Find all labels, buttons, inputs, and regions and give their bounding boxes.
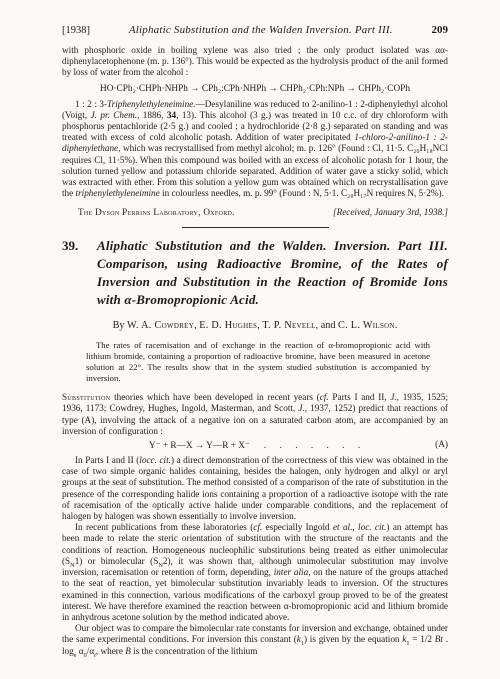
running-head: [1938] Aliphatic Substitution and the Wa… (62, 24, 448, 36)
journal-page: [1938] Aliphatic Substitution and the Wa… (0, 0, 500, 679)
text-segment: , 1886, (137, 110, 167, 120)
article-title: Aliphatic Substitution and the Walden. I… (97, 237, 448, 309)
text-segment: . (395, 320, 398, 331)
laboratory-name: The Dyson Perrins Laboratory, Oxford. (78, 207, 235, 217)
paragraph-recent-publications: In recent publications from these labora… (62, 522, 448, 623)
text-segment-italic: inter alia, (274, 567, 311, 577)
text-segment-italic: cf. (320, 392, 329, 402)
text-segment: Parts I and II, (329, 392, 391, 402)
author-name: T. P. Nevell (262, 320, 315, 331)
equation-A-body: Y⁻ + R—X → Y—R + X⁻ (149, 441, 250, 451)
text-segment: theories which have been developed in re… (110, 392, 319, 402)
variable-symbol: Bt (435, 634, 443, 644)
paragraph-our-object: Our object was to compare the bimolecula… (62, 623, 448, 657)
lead-word-smallcaps: Substitution (62, 392, 110, 402)
article-heading: 39. Aliphatic Substitution and the Walde… (62, 237, 448, 309)
text-segment-italic: cf. (253, 522, 262, 532)
journal-abbreviation: J., (298, 403, 307, 413)
text-segment: in colourless needles, m. p. 99° (Found … (160, 188, 444, 198)
byline: By W. A. Cowdrey, E. D. Hughes, T. P. Ne… (62, 320, 448, 331)
text-segment: especially Ingold (262, 522, 333, 532)
abstract-text: The rates of racemisation and of exchang… (86, 340, 430, 382)
journal-abbreviation: J. pr. Chem. (91, 110, 137, 120)
author-name: W. A. Cowdrey (127, 320, 194, 331)
paragraph-triphenylethyleneimine-preparation: 1 : 2 : 3-Triphenylethyleneimine.—Desyla… (62, 99, 448, 200)
article-number: 39. (62, 237, 97, 309)
author-name: C. L. Wilson (338, 320, 395, 331)
compound-name-italic: triphenylethyleneimine (76, 188, 160, 198)
paragraph-substitution-theories: Substitution theories which have been de… (62, 392, 448, 437)
text-segment: is the concentration of the lithium (131, 646, 258, 656)
text-segment: 1 : 2 : 3- (75, 99, 107, 109)
abstract: The rates of racemisation and of exchang… (86, 340, 430, 383)
compound-name-italic: Triphenylethyleneimine. (107, 99, 196, 109)
article-divider-rule (182, 227, 329, 228)
text-segment: with phosphoric oxide in boiling xylene … (62, 45, 448, 77)
author-name: E. D. Hughes (199, 320, 257, 331)
journal-abbreviation: J., (390, 392, 399, 402)
paragraph-parts-one-two: In Parts I and II (locc. cit.) a direct … (62, 455, 448, 522)
text-segment: In recent publications from these labora… (75, 522, 253, 532)
equation-leader-dots: . . . . . . . (264, 441, 361, 451)
running-head-year: [1938] (62, 25, 90, 36)
text-segment: , where (96, 646, 125, 656)
equation-A-label: (A) (435, 440, 448, 450)
text-segment-italic: et al., loc. cit. (333, 522, 386, 532)
running-head-title: Aliphatic Substitution and the Walden In… (90, 24, 432, 36)
equation-A-row: Y⁻ + R—X → Y—R + X⁻. . . . . . . (A) (62, 440, 448, 451)
text-segment: In Parts I and II ( (75, 455, 139, 465)
signature-row: The Dyson Perrins Laboratory, Oxford. [R… (62, 207, 448, 217)
volume-number: 34 (167, 110, 176, 120)
paragraph-prev-article-continuation: with phosphoric oxide in boiling xylene … (62, 45, 448, 79)
text-segment: , and (316, 320, 338, 331)
text-segment: = 1/2 (410, 634, 435, 644)
chemical-equation-anil: HO·CPh₂·CHPh·NHPh → CPh₂:CPh·NHPh → CHPh… (62, 84, 448, 94)
text-segment: 1) or bimolecular (S (75, 556, 159, 566)
running-head-page-number: 209 (432, 24, 449, 36)
text-segment-italic: locc. cit. (139, 455, 171, 465)
text-segment: ) is given by the equation (304, 634, 402, 644)
text-segment: α (77, 646, 84, 656)
received-date: [Received, January 3rd, 1938.] (333, 207, 448, 217)
text-segment: By (113, 320, 127, 331)
